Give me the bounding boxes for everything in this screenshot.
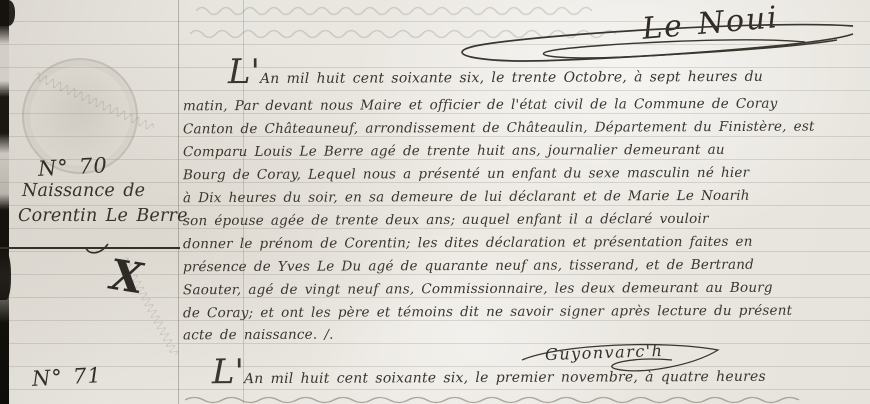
act-text-line: de Coray; et ont les père et témoins dit… <box>183 303 792 322</box>
margin-caption-naissance: Naissance de <box>22 181 145 201</box>
margin-caption-name: Corentin Le Berre <box>18 206 188 226</box>
act-text-line: son épouse agée de trente deux ans; auqu… <box>183 211 709 229</box>
next-act-opening-line: L'An mil huit cent soixante six, le prem… <box>212 365 766 387</box>
margin-divider-line <box>0 247 180 249</box>
next-line-cut-off-ghost <box>185 395 805 404</box>
binding-blob <box>0 0 15 26</box>
binding-blob <box>0 252 11 300</box>
act-number: N° 70 <box>37 153 108 181</box>
officer-signature: Guyonvarc'h <box>545 341 664 364</box>
act-text-line: Comparu Louis Le Berre agé de trente hui… <box>183 142 725 160</box>
act-text-line: Canton de Châteauneuf, arrondissement de… <box>183 119 815 138</box>
act-text-line: Saouter, agé de vingt neuf ans, Commissi… <box>183 280 773 299</box>
previous-act-signature: Le Noui <box>641 0 780 47</box>
act-text-line: acte de naissance. /. <box>183 327 334 344</box>
act-text-line: donner le prénom de Corentin; les dites … <box>183 234 753 252</box>
register-page: N° 70 Naissance de Corentin Le Berre X N… <box>0 0 870 404</box>
act-text-line: L'An mil huit cent soixante six, le tren… <box>228 65 763 87</box>
act-text-line: Bourg de Coray, Lequel nous a présenté u… <box>183 165 749 183</box>
next-act-number: N° 71 <box>31 363 102 391</box>
margin-rule-line <box>178 0 179 404</box>
bleedthrough-text-ghost <box>190 27 620 41</box>
bleedthrough-text-ghost <box>196 4 596 18</box>
act-text-line: à Dix heures du soir, en sa demeure de l… <box>183 188 750 206</box>
flourish-under-le <box>84 242 110 258</box>
act-text-line: présence de Yves Le Du agé de quarante n… <box>183 257 754 275</box>
binding-edge <box>0 0 9 404</box>
margin-cross-mark: X <box>104 254 148 300</box>
act-text-line: matin, Par devant nous Maire et officier… <box>183 96 778 115</box>
